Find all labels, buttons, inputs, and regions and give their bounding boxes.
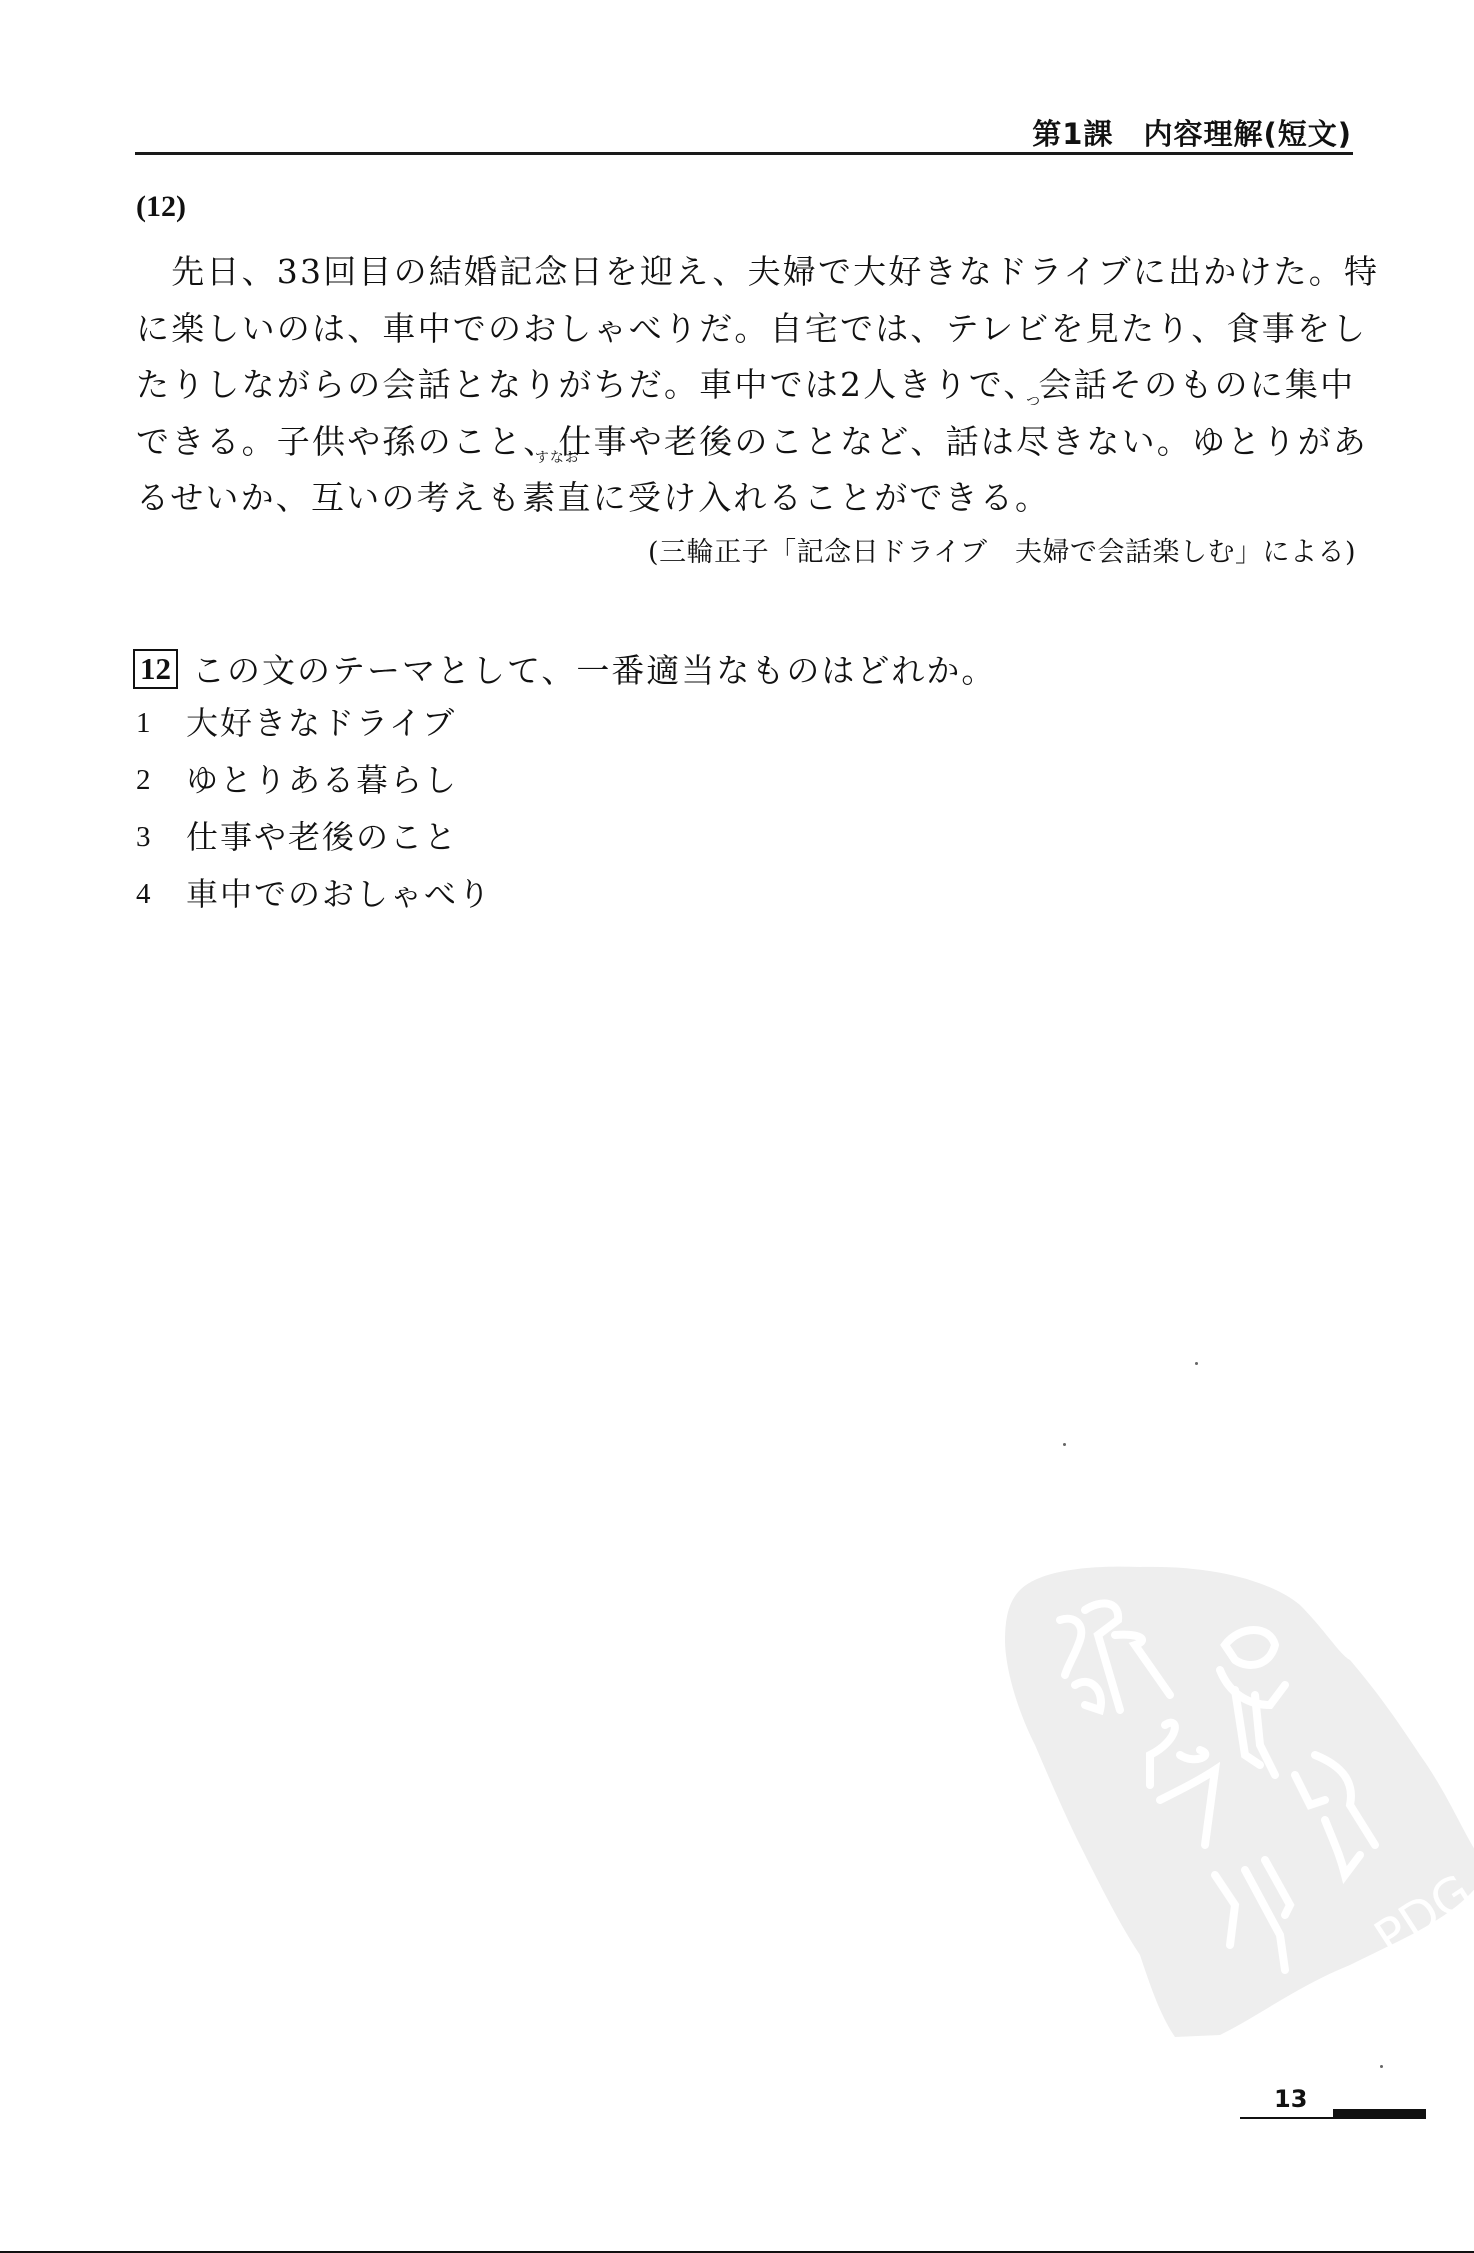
scan-speck: [1195, 1362, 1198, 1365]
passage-line-text: 先日、33回目の結婚記念日を迎え、夫婦で大好きなドライブに出かけた。特: [171, 252, 1379, 291]
passage-line-text: に受け入れることができる。: [593, 478, 1051, 517]
footer-bar: [1333, 2109, 1426, 2119]
header-rule: [135, 152, 1353, 155]
passage-line-text: きない。ゆとりがあ: [1051, 422, 1368, 461]
question-number-box: 12: [133, 649, 178, 689]
scan-speck: [1063, 1443, 1066, 1446]
question: 12 この文のテーマとして、一番適当なものはどれか。: [133, 645, 996, 692]
option-text: 車中でのおしゃべり: [186, 871, 492, 928]
passage-line: できる。子供や孫のこと、仕事や老後のことなど、話は尽つきない。ゆとりがあ: [136, 414, 1356, 471]
option-number: 4: [136, 871, 186, 928]
ruby-word: 素直すなお: [522, 470, 592, 527]
passage-line: るせいか、互いの考えも素直すなおに受け入れることができる。: [136, 470, 1356, 527]
option-number: 3: [136, 814, 186, 871]
section-number: (12): [136, 190, 186, 224]
furigana: つ: [1026, 395, 1041, 409]
passage-line: たりしながらの会話となりがちだ。車中では2人きりで、会話そのものに集中: [136, 357, 1356, 414]
option-number: 1: [136, 700, 186, 757]
answer-option: 4 車中でのおしゃべり: [136, 871, 492, 928]
option-text: ゆとりある暮らし: [186, 757, 458, 814]
option-text: 大好きなドライブ: [186, 700, 456, 757]
section-label: 内容理解(短文): [1143, 117, 1352, 151]
option-number: 2: [136, 757, 186, 814]
ruby-base-text: 尽: [1016, 422, 1051, 461]
watermark-seal: PDG: [980, 1545, 1474, 2045]
source-citation: (三輪正子「記念日ドライブ 夫婦で会話楽しむ」による): [648, 530, 1356, 569]
answer-option: 1 大好きなドライブ: [136, 700, 492, 757]
seal-stamp-icon: PDG: [980, 1545, 1474, 2045]
ruby-word: 尽つ: [1016, 414, 1051, 471]
furigana: すなお: [535, 451, 580, 465]
footer-rule: [1240, 2117, 1335, 2119]
answer-option: 3 仕事や老後のこと: [136, 814, 492, 871]
passage-line-text: るせいか、互いの考えも: [136, 478, 522, 517]
answer-option: 2 ゆとりある暮らし: [136, 757, 492, 814]
passage-line: に楽しいのは、車中でのおしゃべりだ。自宅では、テレビを見たり、食事をし: [136, 301, 1356, 358]
scan-speck: [1380, 2065, 1383, 2068]
answer-options: 1 大好きなドライブ 2 ゆとりある暮らし 3 仕事や老後のこと 4 車中でのお…: [136, 700, 492, 928]
question-text: この文のテーマとして、一番適当なものはどれか。: [192, 645, 996, 692]
ruby-base-text: 素直: [522, 478, 592, 517]
page-number: 13: [1274, 2085, 1307, 2113]
running-header: 第1課内容理解(短文): [1032, 112, 1352, 153]
reading-passage: 先日、33回目の結婚記念日を迎え、夫婦で大好きなドライブに出かけた。特 に楽しい…: [136, 244, 1356, 527]
option-text: 仕事や老後のこと: [186, 814, 458, 871]
lesson-label: 第1課: [1032, 117, 1113, 151]
passage-line: 先日、33回目の結婚記念日を迎え、夫婦で大好きなドライブに出かけた。特: [136, 244, 1356, 301]
